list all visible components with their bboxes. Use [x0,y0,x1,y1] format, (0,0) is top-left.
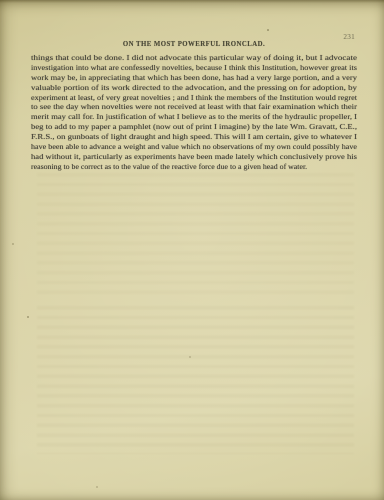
text-line: to see the day when novelties were not r… [31,102,357,112]
paper-speck [27,316,29,318]
text-line: things that could be done. I did not adv… [31,53,357,63]
text-line-content: had without it, particularly as experime… [31,152,357,162]
book-page-scan: ON THE MOST POWERFUL IRONCLAD. 231 thing… [0,0,384,500]
text-line-content: have been able to advance a weight and v… [31,142,357,152]
text-line: investigation into what are confessedly … [31,63,357,73]
text-line: experiment at least, of very great novel… [31,93,357,103]
text-line-content: merit may call for. In justification of … [31,112,357,122]
text-line-content: things that could be done. I did not adv… [31,53,357,63]
scan-top-edge [0,0,384,3]
text-line: have been able to advance a weight and v… [31,142,357,152]
text-line-content: F.R.S., on gunboats of light draught and… [31,132,357,142]
paper-speck [189,356,191,358]
text-line: F.R.S., on gunboats of light draught and… [31,132,357,142]
text-line: merit may call for. In justification of … [31,112,357,122]
text-line: beg to add to my paper a pamphlet (now o… [31,122,357,132]
text-line: valuable portion of its work directed to… [31,83,357,93]
text-line-content: to see the day when novelties were not r… [31,102,357,112]
text-line-content: work may be, in appreciating that which … [31,73,357,83]
text-line-content: valuable portion of its work directed to… [31,83,357,93]
running-title: ON THE MOST POWERFUL IRONCLAD. [123,41,265,48]
paper-speck [12,243,14,245]
page-header: ON THE MOST POWERFUL IRONCLAD. 231 [31,33,357,43]
text-line-content: beg to add to my paper a pamphlet (now o… [31,122,357,132]
text-line-content: experiment at least, of very great novel… [31,93,357,103]
page-number: 231 [343,33,355,41]
paper-speck [267,29,269,31]
text-line: had without it, particularly as experime… [31,152,357,162]
paper-speck [96,486,98,488]
show-through-band [37,173,354,298]
text-line: work may be, in appreciating that which … [31,73,357,83]
text-line: reasoning to be correct as to the value … [31,162,357,172]
show-through-band [37,306,354,454]
text-line-content: reasoning to be correct as to the value … [31,162,307,172]
body-text: things that could be done. I did not adv… [31,53,357,172]
text-line-content: investigation into what are confessedly … [31,63,357,73]
